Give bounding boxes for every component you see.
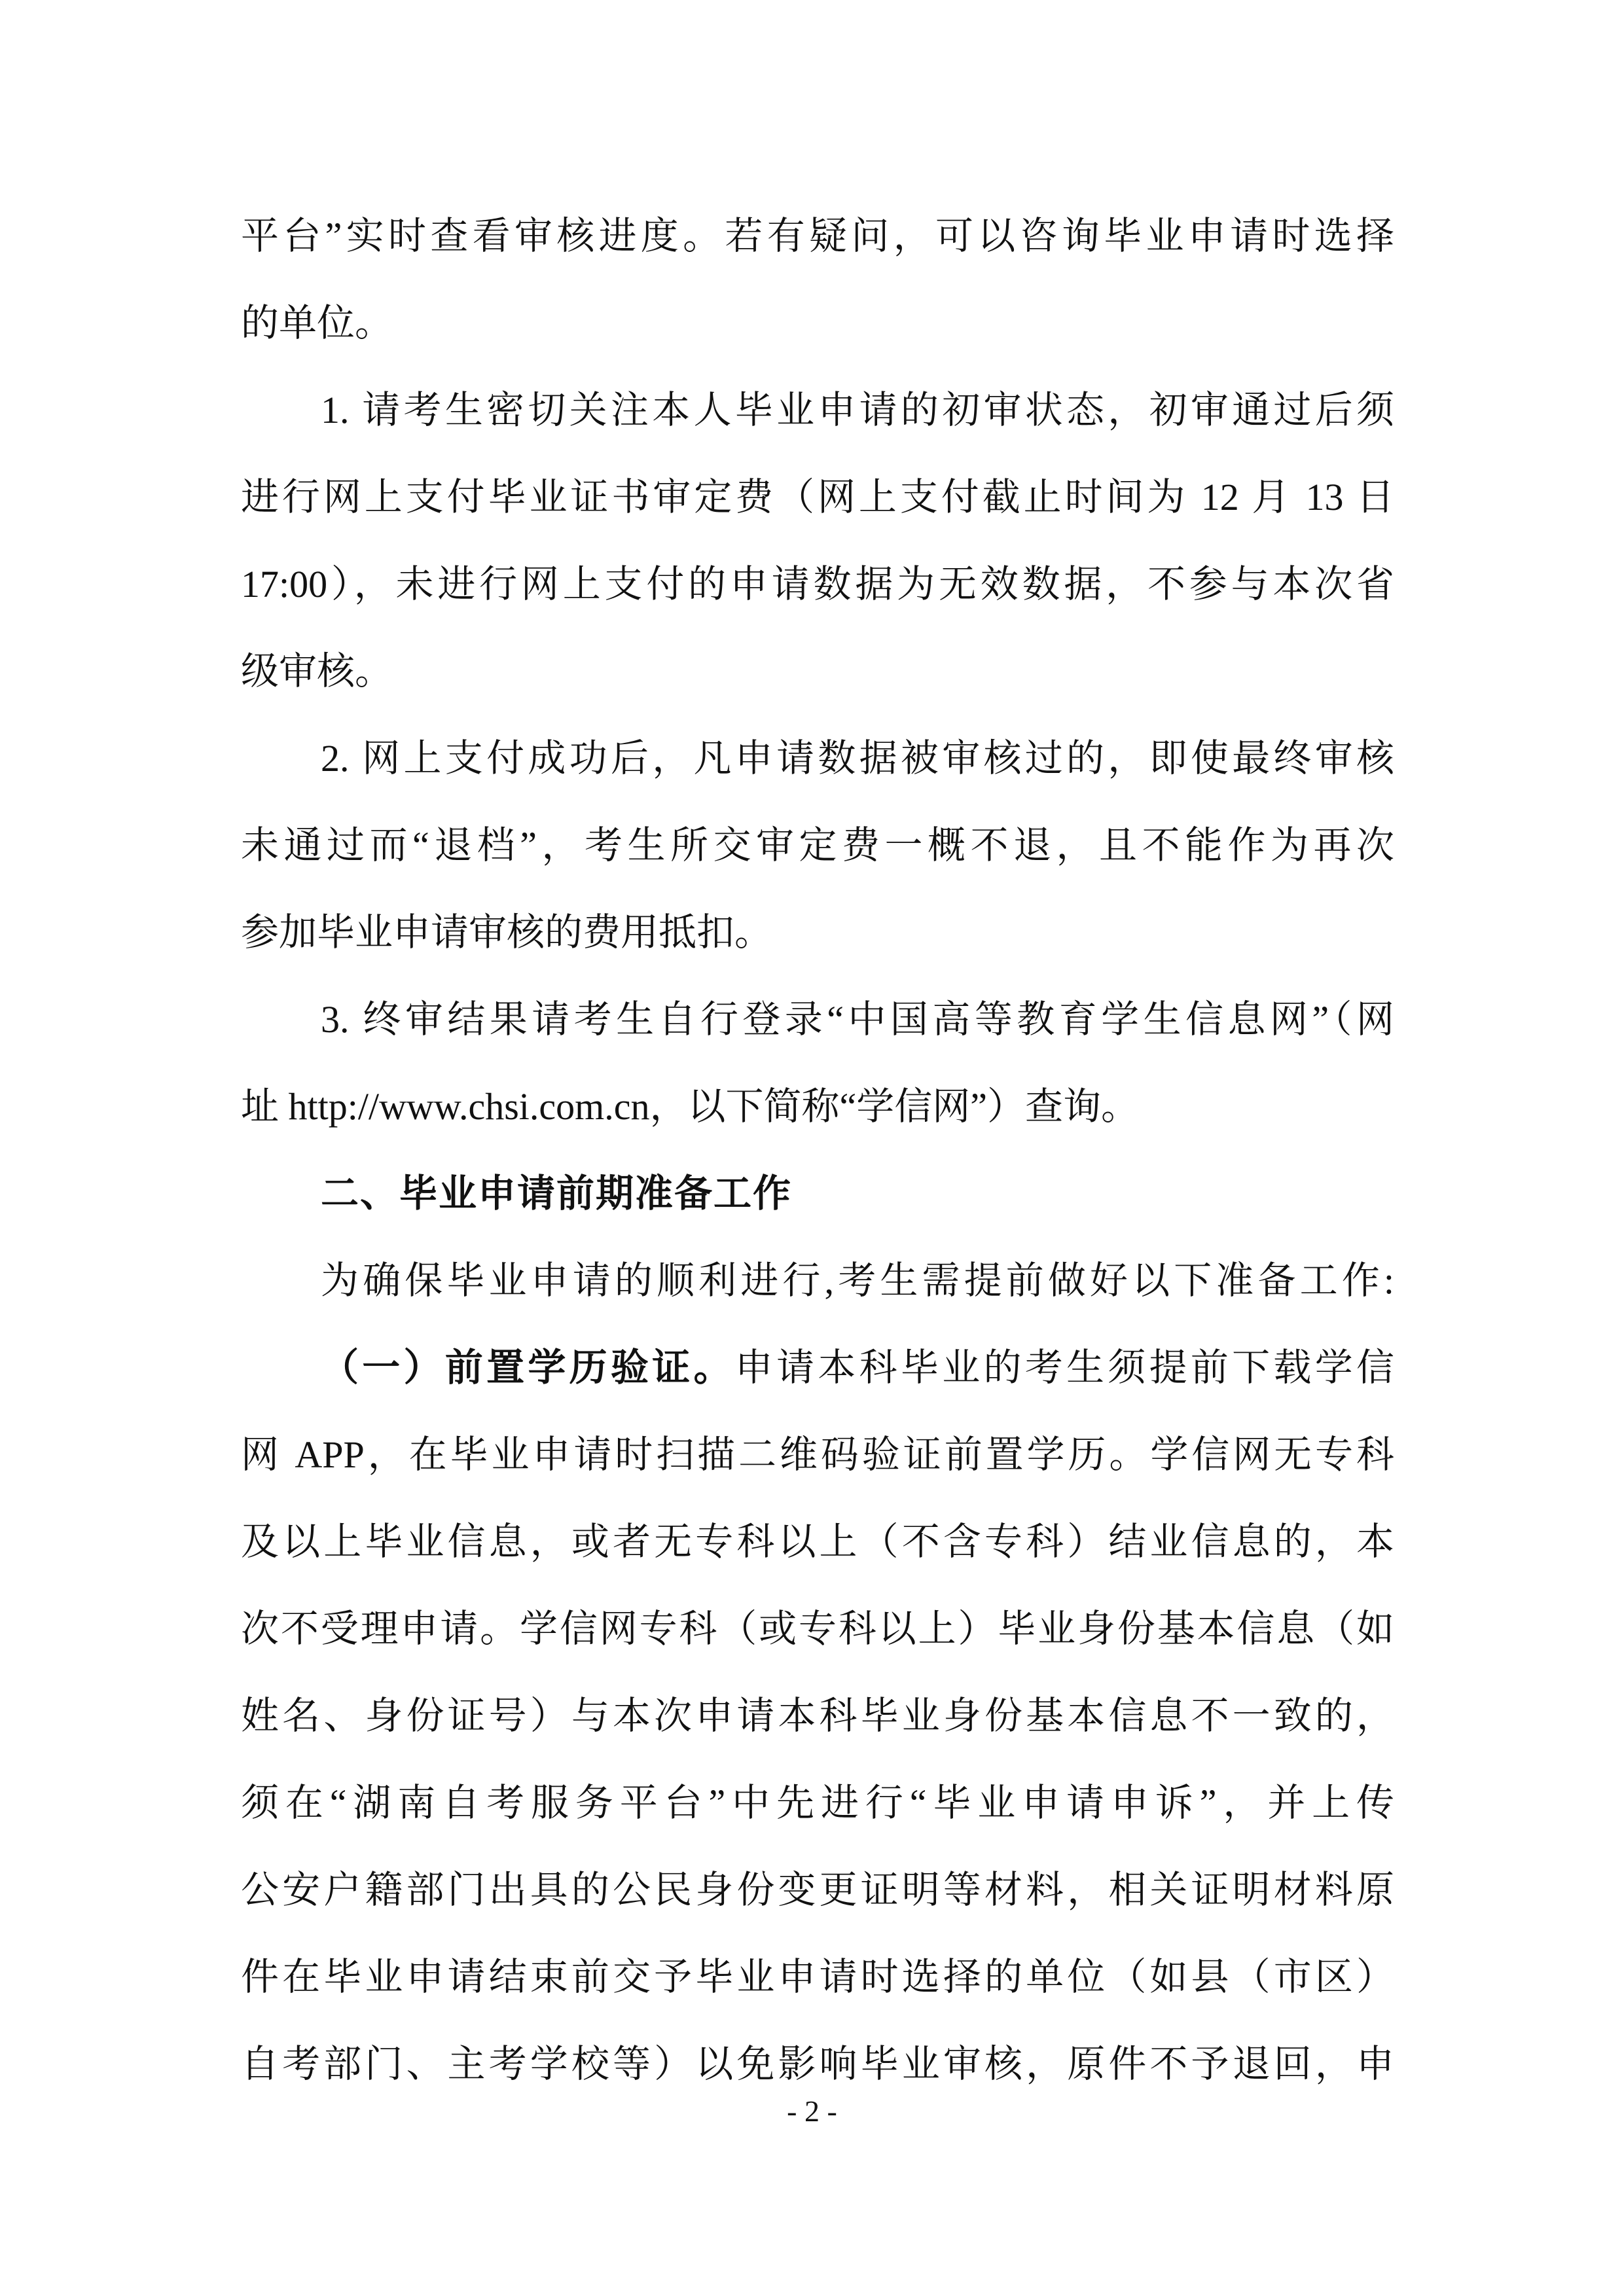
document-line-text: 件在毕业申请结束前交予毕业申请时选择的单位（如县（市区）	[241, 1956, 1394, 1998]
document-line: 址 http://www.chsi.com.cn，以下简称“学信网”）查询。	[241, 1063, 1394, 1150]
document-line-text: 为确保毕业申请的顺利进行,考生需提前做好以下准备工作:	[321, 1259, 1394, 1302]
document-line-text: 及以上毕业信息，或者无专科以上（不含专科）结业信息的，本	[241, 1520, 1394, 1563]
document-line-text: 申请本科毕业的考生须提前下载学信	[735, 1346, 1394, 1389]
document-line: 参加毕业申请审核的费用抵扣。	[241, 889, 1394, 976]
document-line-text: 次不受理申请。学信网专科（或专科以上）毕业身份基本信息（如	[241, 1607, 1394, 1650]
document-line-text: 姓名、身份证号）与本次申请本科毕业身份基本信息不一致的，	[241, 1695, 1394, 1737]
document-page: 平台”实时查看审核进度。若有疑问，可以咨询毕业申请时选择 的单位。 1. 请考生…	[0, 0, 1624, 2296]
document-line: 的单位。	[241, 279, 1394, 367]
document-line: 为确保毕业申请的顺利进行,考生需提前做好以下准备工作:	[241, 1237, 1394, 1324]
document-line: 级审核。	[241, 628, 1394, 715]
document-line: 网 APP，在毕业申请时扫描二维码验证前置学历。学信网无专科	[241, 1411, 1394, 1498]
document-line-text: 1. 请考生密切关注本人毕业申请的初审状态，初审通过后须	[321, 389, 1394, 431]
document-line: 须在“湖南自考服务平台”中先进行“毕业申请申诉”，并上传	[241, 1759, 1394, 1846]
document-line: 及以上毕业信息，或者无专科以上（不含专科）结业信息的，本	[241, 1498, 1394, 1585]
document-line-text: 网 APP，在毕业申请时扫描二维码验证前置学历。学信网无专科	[241, 1433, 1394, 1476]
document-line: 1. 请考生密切关注本人毕业申请的初审状态，初审通过后须	[241, 367, 1394, 454]
document-line: 件在毕业申请结束前交予毕业申请时选择的单位（如县（市区）	[241, 1933, 1394, 2020]
document-text-block: 平台”实时查看审核进度。若有疑问，可以咨询毕业申请时选择 的单位。 1. 请考生…	[241, 192, 1394, 2108]
document-line: 公安户籍部门出具的公民身份变更证明等材料，相关证明材料原	[241, 1846, 1394, 1933]
document-line: 17:00），未进行网上支付的申请数据为无效数据，不参与本次省	[241, 541, 1394, 628]
document-line-text: 未通过而“退档”，考生所交审定费一概不退，且不能作为再次	[241, 824, 1394, 867]
document-line-text: 3. 终审结果请考生自行登录“中国高等教育学生信息网”（网	[321, 998, 1394, 1041]
document-line-text: 须在“湖南自考服务平台”中先进行“毕业申请申诉”，并上传	[241, 1782, 1394, 1824]
document-line: 次不受理申请。学信网专科（或专科以上）毕业身份基本信息（如	[241, 1585, 1394, 1672]
document-line-text: 的单位。	[241, 302, 393, 344]
page-number: - 2 -	[0, 2092, 1624, 2131]
document-line-text: 平台”实时查看审核进度。若有疑问，可以咨询毕业申请时选择	[241, 215, 1394, 257]
document-line-text: 公安户籍部门出具的公民身份变更证明等材料，相关证明材料原	[241, 1869, 1394, 1911]
document-line-text: 参加毕业申请审核的费用抵扣。	[241, 911, 772, 954]
document-line: （一）前置学历验证。申请本科毕业的考生须提前下载学信	[241, 1324, 1394, 1411]
document-line-text: 2. 网上支付成功后，凡申请数据被审核过的，即使最终审核	[321, 737, 1394, 780]
document-line: 进行网上支付毕业证书审定费（网上支付截止时间为 12 月 13 日	[241, 454, 1394, 541]
document-line: 3. 终审结果请考生自行登录“中国高等教育学生信息网”（网	[241, 976, 1394, 1063]
section-heading: 二、毕业申请前期准备工作	[241, 1150, 1394, 1237]
document-line-text: 进行网上支付毕业证书审定费（网上支付截止时间为 12 月 13 日	[241, 476, 1394, 518]
document-line: 姓名、身份证号）与本次申请本科毕业身份基本信息不一致的，	[241, 1672, 1394, 1759]
document-line-text: 址 http://www.chsi.com.cn，以下简称“学信网”）查询。	[241, 1085, 1139, 1128]
document-line: 平台”实时查看审核进度。若有疑问，可以咨询毕业申请时选择	[241, 192, 1394, 279]
document-line-lead: （一）前置学历验证。	[321, 1346, 735, 1389]
document-line: 2. 网上支付成功后，凡申请数据被审核过的，即使最终审核	[241, 715, 1394, 802]
section-heading-text: 二、毕业申请前期准备工作	[321, 1172, 792, 1215]
document-line-text: 级审核。	[241, 650, 393, 692]
document-line: 未通过而“退档”，考生所交审定费一概不退，且不能作为再次	[241, 802, 1394, 889]
document-line-text: 17:00），未进行网上支付的申请数据为无效数据，不参与本次省	[241, 563, 1394, 605]
document-line-text: 自考部门、主考学校等）以免影响毕业审核，原件不予退回，申	[241, 2043, 1394, 2085]
